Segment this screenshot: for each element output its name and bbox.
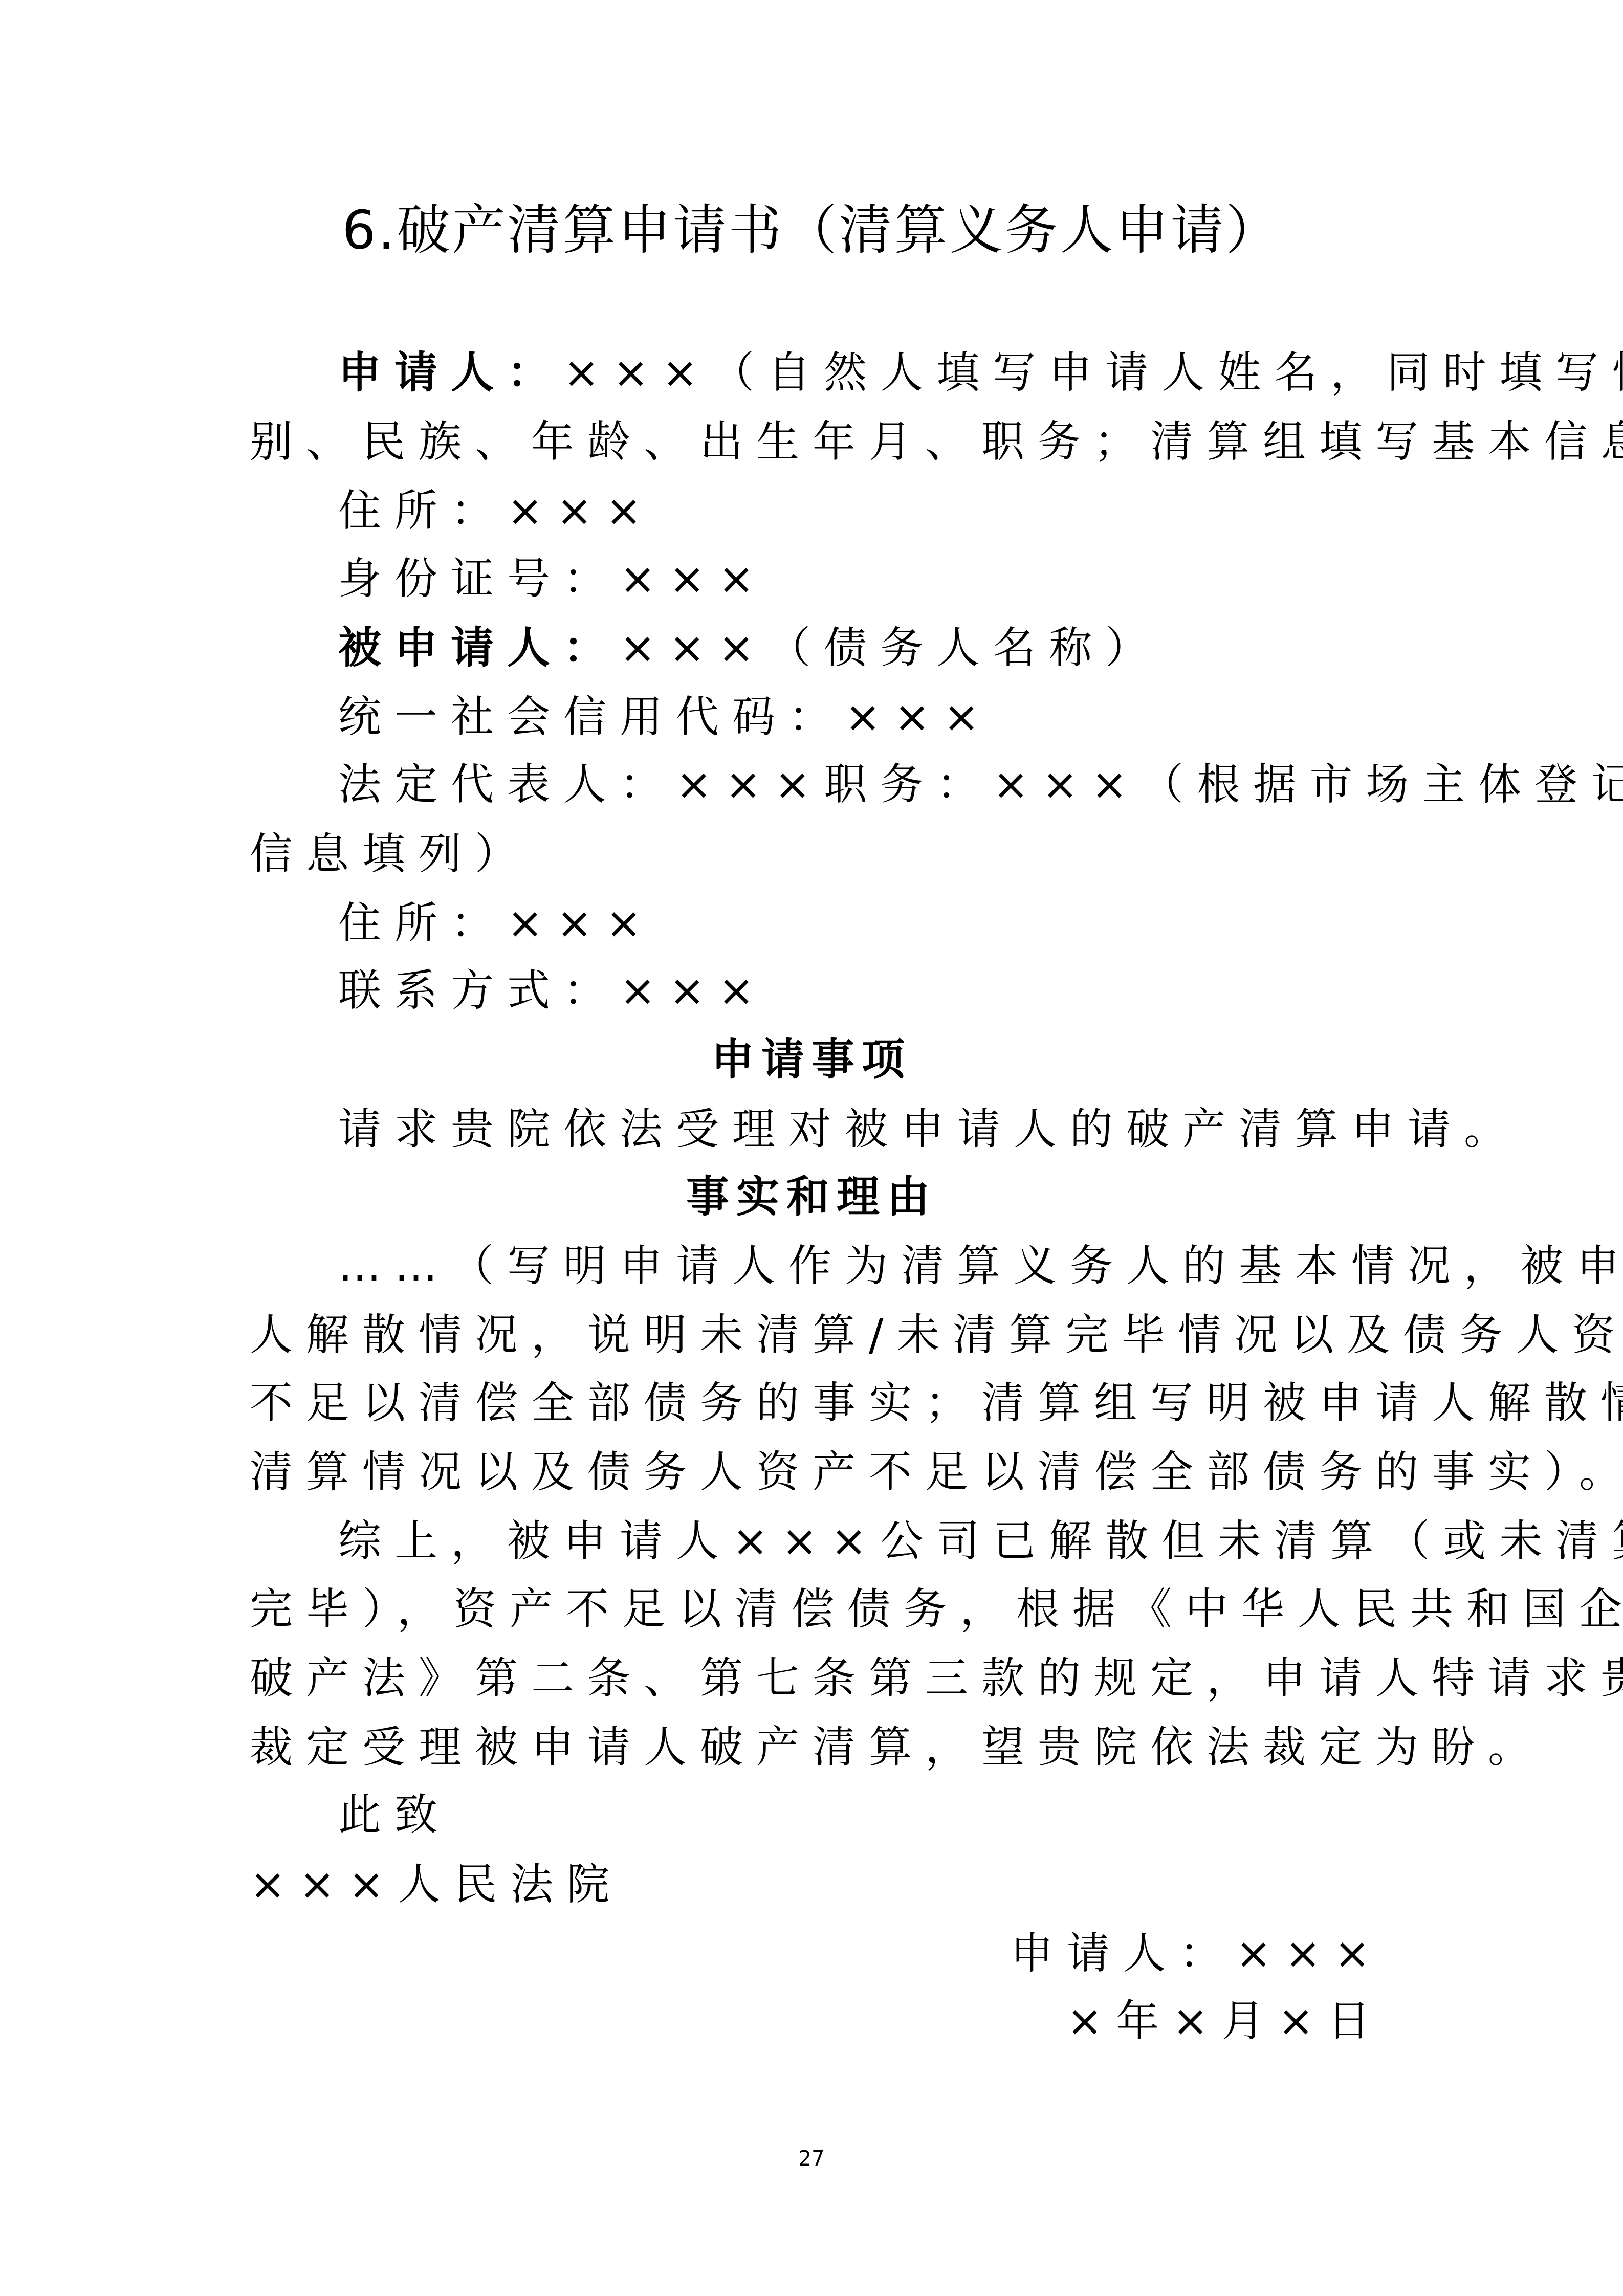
- facts-paragraph-2-line: 破产法》第二条、第七条第三款的规定，申请人特请求贵院: [250, 1644, 1391, 1712]
- page-number: 27: [0, 2144, 1623, 2174]
- facts-paragraph-1-line: 不足以清偿全部债务的事实；清算组写明被申请人解散情况、: [250, 1368, 1391, 1437]
- facts-paragraph-1-line: 清算情况以及债务人资产不足以清偿全部债务的事实）。: [250, 1438, 1391, 1506]
- respondent-address: 住所：×××: [338, 889, 1392, 957]
- applicant-value-continued: 别、民族、年龄、出生年月、职务；清算组填写基本信息）: [250, 407, 1391, 476]
- respondent-label: 被申请人：: [338, 623, 620, 673]
- claims-text: 请求贵院依法受理对被申请人的破产清算申请。: [338, 1095, 1392, 1163]
- respondent-legal-representative-continued: 信息填列）: [250, 820, 1391, 888]
- respondent-credit-code: 统一社会信用代码：×××: [338, 682, 1392, 751]
- facts-paragraph-2-line: 完毕），资产不足以清偿债务，根据《中华人民共和国企业: [250, 1575, 1391, 1643]
- applicant-value: ×××（自然人填写申请人姓名，同时填写性: [563, 347, 1623, 398]
- closing-date: ×年×月×日: [1067, 1986, 1384, 2055]
- respondent-contact: 联系方式：×××: [338, 956, 1392, 1025]
- facts-paragraph-2-line: 综上，被申请人×××公司已解散但未清算（或未清算: [338, 1507, 1392, 1575]
- facts-paragraph-1-line: ……（写明申请人作为清算义务人的基本情况，被申请: [338, 1231, 1392, 1300]
- document-title: 6.破产清算申请书（清算义务人申请）: [0, 194, 1623, 266]
- document-page: 6.破产清算申请书（清算义务人申请） 申请人：×××（自然人填写申请人姓名，同时…: [0, 0, 1623, 2296]
- respondent-line: 被申请人：×××（债务人名称）: [338, 613, 1392, 682]
- facts-paragraph-2-line: 裁定受理被申请人破产清算，望贵院依法裁定为盼。: [250, 1713, 1391, 1781]
- facts-paragraph-1-line: 人解散情况，说明未清算/未清算完毕情况以及债务人资产: [250, 1300, 1391, 1369]
- applicant-address: 住所：×××: [338, 476, 1392, 545]
- facts-heading: 事实和理由: [0, 1162, 1623, 1231]
- respondent-value: ×××（债务人名称）: [620, 623, 1161, 673]
- closing-salutation: 此致: [338, 1780, 1392, 1849]
- closing-court: ×××人民法院: [250, 1850, 1391, 1918]
- applicant-label: 申请人：: [338, 347, 563, 398]
- applicant-line: 申请人：×××（自然人填写申请人姓名，同时填写性: [338, 338, 1392, 407]
- applicant-id-number: 身份证号：×××: [338, 544, 1392, 613]
- respondent-legal-representative: 法定代表人：×××职务：×××（根据市场主体登记: [338, 750, 1392, 819]
- closing-signature: 申请人：×××: [1011, 1919, 1384, 1988]
- claims-heading: 申请事项: [0, 1025, 1623, 1094]
